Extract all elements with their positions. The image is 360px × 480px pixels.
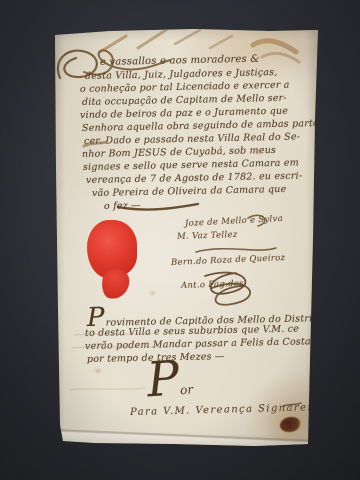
foxing-spot xyxy=(255,149,263,154)
manuscript-line: o fez — xyxy=(104,200,141,212)
signature: M. Vaz Tellez xyxy=(177,230,238,242)
manuscript-line: e vassallos e aos moradores & xyxy=(100,54,260,68)
manuscript-line: vão Pereira de Oliveira da Camara que xyxy=(92,184,287,199)
wax-seal-tail xyxy=(100,267,131,300)
manuscript-line: verão podem Mandar passar a Felis da Cos… xyxy=(85,336,311,352)
foxing-spot xyxy=(205,84,212,88)
foxing-spot xyxy=(150,291,155,295)
signature: Joze de Mello e Sylva xyxy=(185,214,284,229)
signature: Bern.do Roza de Queiroz xyxy=(171,253,286,268)
signature: Ant.o Fag.des xyxy=(181,279,244,291)
foxing-spot xyxy=(95,369,101,373)
manuscript-paper: e vassallos e aos moradores & desta Vill… xyxy=(55,29,318,447)
closing-word: Por xyxy=(146,357,194,400)
